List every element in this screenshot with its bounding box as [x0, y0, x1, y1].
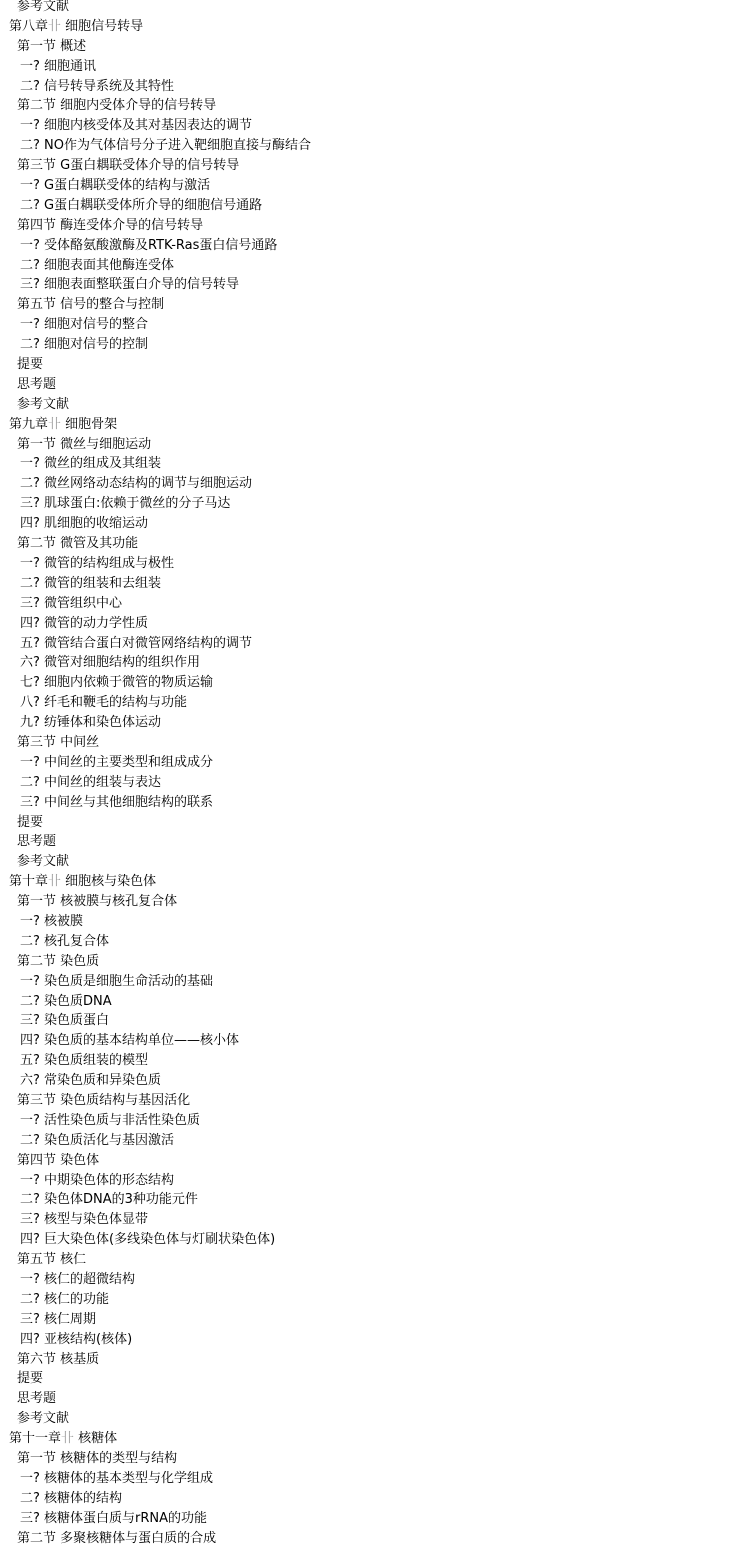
- toc-item-line: 七? 细胞内依赖于微管的物质运输: [0, 673, 750, 693]
- toc-item-line: 一? 受体酪氨酸激酶及RTK-Ras蛋白信号通路: [0, 236, 750, 256]
- toc-section-line: 第四节 染色体: [0, 1151, 750, 1171]
- chapter-number: 第十一章: [9, 1431, 61, 1446]
- toc-misc-line: 提要: [0, 355, 750, 375]
- toc-item-line: 六? 微管对细胞结构的组织作用: [0, 653, 750, 673]
- toc-item-line: 五? 微管结合蛋白对微管网络结构的调节: [0, 634, 750, 654]
- toc-section-line: 第一节 核糖体的类型与结构: [0, 1449, 750, 1469]
- toc-item-line: 三? 细胞表面整联蛋白介导的信号转导: [0, 275, 750, 295]
- toc-item-line: 一? 核仁的超微结构: [0, 1270, 750, 1290]
- toc-item-line: 二? 细胞对信号的控制: [0, 335, 750, 355]
- toc-section-line: 第五节 核仁: [0, 1250, 750, 1270]
- toc-item-line: 一? 微管的结构组成与极性: [0, 554, 750, 574]
- chapter-number: 第九章: [9, 417, 48, 432]
- toc-item-line: 二? 细胞表面其他酶连受体: [0, 256, 750, 276]
- toc-item-line: 四? 巨大染色体(多线染色体与灯刷状染色体): [0, 1230, 750, 1250]
- toc-item-line: 四? 微管的动力学性质: [0, 614, 750, 634]
- toc-section-line: 第三节 G蛋白耦联受体介导的信号转导: [0, 156, 750, 176]
- toc-item-line: 一? G蛋白耦联受体的结构与激活: [0, 176, 750, 196]
- toc-misc-line: 提要: [0, 1369, 750, 1389]
- toc-item-line: 八? 纤毛和鞭毛的结构与功能: [0, 693, 750, 713]
- garbled-glyph: 卝: [48, 19, 61, 34]
- toc-chapter-line: 第十一章卝 核糖体: [0, 1429, 750, 1449]
- toc-item-line: 二? 微丝网络动态结构的调节与细胞运动: [0, 474, 750, 494]
- toc-item-line: 二? 核仁的功能: [0, 1290, 750, 1310]
- toc-item-line: 六? 常染色质和异染色质: [0, 1071, 750, 1091]
- toc-chapter-line: 第八章卝 细胞信号转导: [0, 17, 750, 37]
- toc-misc-line: 参考文献: [0, 852, 750, 872]
- toc-chapter-line: 第九章卝 细胞骨架: [0, 415, 750, 435]
- toc-item-line: 四? 肌细胞的收缩运动: [0, 514, 750, 534]
- garbled-glyph: 卝: [48, 874, 61, 889]
- toc-item-line: 二? 中间丝的组装与表达: [0, 773, 750, 793]
- toc-section-line: 第二节 多聚核糖体与蛋白质的合成: [0, 1529, 750, 1546]
- toc-item-line: 一? 中期染色体的形态结构: [0, 1171, 750, 1191]
- toc-item-line: 一? 染色质是细胞生命活动的基础: [0, 972, 750, 992]
- toc-section-line: 第二节 细胞内受体介导的信号转导: [0, 96, 750, 116]
- toc-item-line: 二? 信号转导系统及其特性: [0, 77, 750, 97]
- toc-item-line: 三? 中间丝与其他细胞结构的联系: [0, 793, 750, 813]
- toc-section-line: 第三节 染色质结构与基因活化: [0, 1091, 750, 1111]
- toc-item-line: 二? 核糖体的结构: [0, 1489, 750, 1509]
- toc-item-line: 二? 染色质DNA: [0, 992, 750, 1012]
- toc-item-line: 一? 核糖体的基本类型与化学组成: [0, 1469, 750, 1489]
- toc-chapter-line: 第十章卝 细胞核与染色体: [0, 872, 750, 892]
- chapter-title: 细胞信号转导: [61, 19, 143, 34]
- toc-item-line: 四? 亚核结构(核体): [0, 1330, 750, 1350]
- table-of-contents: 参考文献第八章卝 细胞信号转导第一节 概述一? 细胞通讯二? 信号转导系统及其特…: [0, 0, 750, 1546]
- toc-section-line: 第一节 概述: [0, 37, 750, 57]
- toc-misc-line: 参考文献: [0, 0, 750, 17]
- toc-misc-line: 思考题: [0, 1389, 750, 1409]
- toc-item-line: 一? 细胞通讯: [0, 57, 750, 77]
- garbled-glyph: 卝: [61, 1431, 74, 1446]
- toc-section-line: 第四节 酶连受体介导的信号转导: [0, 216, 750, 236]
- toc-item-line: 三? 核型与染色体显带: [0, 1210, 750, 1230]
- toc-item-line: 二? G蛋白耦联受体所介导的细胞信号通路: [0, 196, 750, 216]
- chapter-number: 第十章: [9, 874, 48, 889]
- toc-section-line: 第五节 信号的整合与控制: [0, 295, 750, 315]
- chapter-title: 核糖体: [74, 1431, 117, 1446]
- toc-section-line: 第六节 核基质: [0, 1350, 750, 1370]
- toc-item-line: 三? 核糖体蛋白质与rRNA的功能: [0, 1509, 750, 1529]
- chapter-title: 细胞核与染色体: [61, 874, 156, 889]
- toc-item-line: 九? 纺锤体和染色体运动: [0, 713, 750, 733]
- toc-misc-line: 参考文献: [0, 395, 750, 415]
- toc-section-line: 第一节 微丝与细胞运动: [0, 435, 750, 455]
- toc-item-line: 一? 细胞内核受体及其对基因表达的调节: [0, 116, 750, 136]
- toc-item-line: 一? 微丝的组成及其组装: [0, 454, 750, 474]
- toc-misc-line: 参考文献: [0, 1409, 750, 1429]
- toc-misc-line: 思考题: [0, 375, 750, 395]
- toc-item-line: 二? 染色体DNA的3种功能元件: [0, 1190, 750, 1210]
- garbled-glyph: 卝: [48, 417, 61, 432]
- toc-item-line: 二? 核孔复合体: [0, 932, 750, 952]
- toc-item-line: 五? 染色质组装的模型: [0, 1051, 750, 1071]
- chapter-title: 细胞骨架: [61, 417, 117, 432]
- toc-item-line: 三? 核仁周期: [0, 1310, 750, 1330]
- toc-section-line: 第二节 微管及其功能: [0, 534, 750, 554]
- toc-item-line: 二? 染色质活化与基因激活: [0, 1131, 750, 1151]
- toc-item-line: 三? 染色质蛋白: [0, 1011, 750, 1031]
- toc-misc-line: 提要: [0, 813, 750, 833]
- toc-item-line: 三? 微管组织中心: [0, 594, 750, 614]
- toc-item-line: 三? 肌球蛋白:依赖于微丝的分子马达: [0, 494, 750, 514]
- toc-item-line: 一? 中间丝的主要类型和组成成分: [0, 753, 750, 773]
- toc-misc-line: 思考题: [0, 832, 750, 852]
- toc-item-line: 一? 细胞对信号的整合: [0, 315, 750, 335]
- chapter-number: 第八章: [9, 19, 48, 34]
- toc-section-line: 第一节 核被膜与核孔复合体: [0, 892, 750, 912]
- toc-item-line: 二? 微管的组装和去组装: [0, 574, 750, 594]
- toc-item-line: 一? 核被膜: [0, 912, 750, 932]
- toc-item-line: 一? 活性染色质与非活性染色质: [0, 1111, 750, 1131]
- toc-item-line: 四? 染色质的基本结构单位——核小体: [0, 1031, 750, 1051]
- toc-section-line: 第三节 中间丝: [0, 733, 750, 753]
- toc-section-line: 第二节 染色质: [0, 952, 750, 972]
- toc-item-line: 二? NO作为气体信号分子进入靶细胞直接与酶结合: [0, 136, 750, 156]
